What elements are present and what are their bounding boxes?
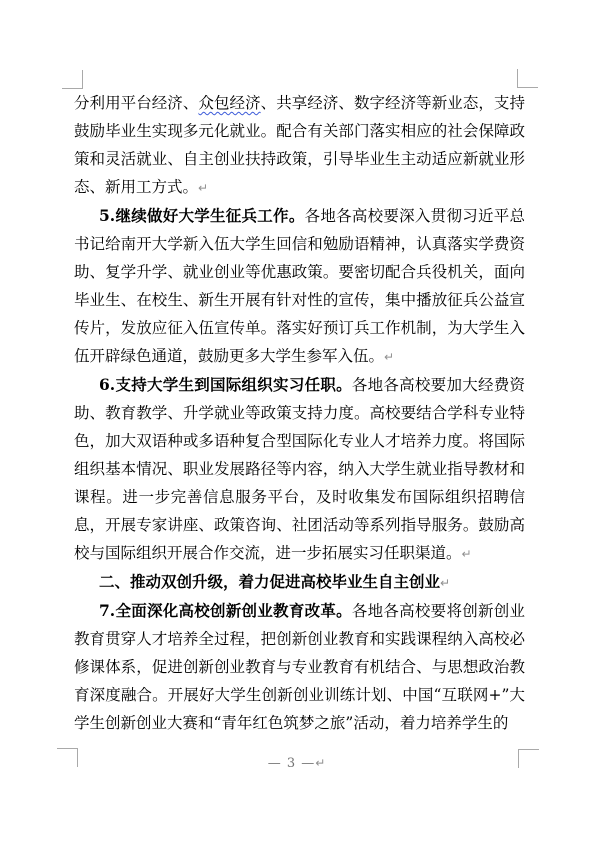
page-footer: — 3 —↵ xyxy=(0,756,594,771)
page-number: — 3 — xyxy=(268,756,316,771)
spellcheck-underlined-text: 众包经济 xyxy=(198,94,260,112)
paragraph: 6.支持大学生到国际组织实习任职。各地各高校要加大经费资助、教育教学、升学就业等… xyxy=(74,371,525,568)
section-heading: 二、推动双创升级，着力促进高校毕业生自主创业↵ xyxy=(74,568,525,597)
text-run: 各地各高校要将创新创业教育贯穿人才培养全过程，把创新创业教育和实践课程纳入高校必… xyxy=(74,602,525,732)
paragraph-bold-lead: 7.全面深化高校创新创业教育改革。 xyxy=(99,601,352,620)
document-page: 分利用平台经济、众包经济、共享经济、数字经济等新业态，支持鼓励毕业生实现多元化就… xyxy=(0,0,594,849)
paragraph-mark-icon: ↵ xyxy=(384,350,394,364)
document-body: 分利用平台经济、众包经济、共享经济、数字经济等新业态，支持鼓励毕业生实现多元化就… xyxy=(74,89,525,737)
paragraph-mark-icon: ↵ xyxy=(315,756,326,770)
text-run: 分利用平台经济、 xyxy=(74,94,198,112)
paragraph-mark-icon: ↵ xyxy=(440,576,450,590)
text-run: 二、推动双创升级，着力促进高校毕业生自主创业 xyxy=(99,573,440,591)
paragraph: 分利用平台经济、众包经济、共享经济、数字经济等新业态，支持鼓励毕业生实现多元化就… xyxy=(74,89,525,202)
paragraph-bold-lead: 6.支持大学生到国际组织实习任职。 xyxy=(99,375,352,394)
text-run: 各地各高校要深入贯彻习近平总书记给南开大学新入伍大学生回信和勉励语精神，认真落实… xyxy=(74,207,525,365)
paragraph-mark-icon: ↵ xyxy=(198,181,208,195)
paragraph-bold-lead: 5.继续做好大学生征兵工作。 xyxy=(99,206,305,225)
paragraph: 7.全面深化高校创新创业教育改革。各地各高校要将创新创业教育贯穿人才培养全过程，… xyxy=(74,597,525,737)
paragraph: 5.继续做好大学生征兵工作。各地各高校要深入贯彻习近平总书记给南开大学新入伍大学… xyxy=(74,202,525,371)
paragraph-mark-icon: ↵ xyxy=(462,547,472,561)
text-boundary-mark-top-left xyxy=(62,70,83,89)
text-run: 各地各高校要加大经费资助、教育教学、升学就业等政策支持力度。高校要结合学科专业特… xyxy=(74,376,525,562)
text-boundary-mark-top-right xyxy=(517,69,538,88)
